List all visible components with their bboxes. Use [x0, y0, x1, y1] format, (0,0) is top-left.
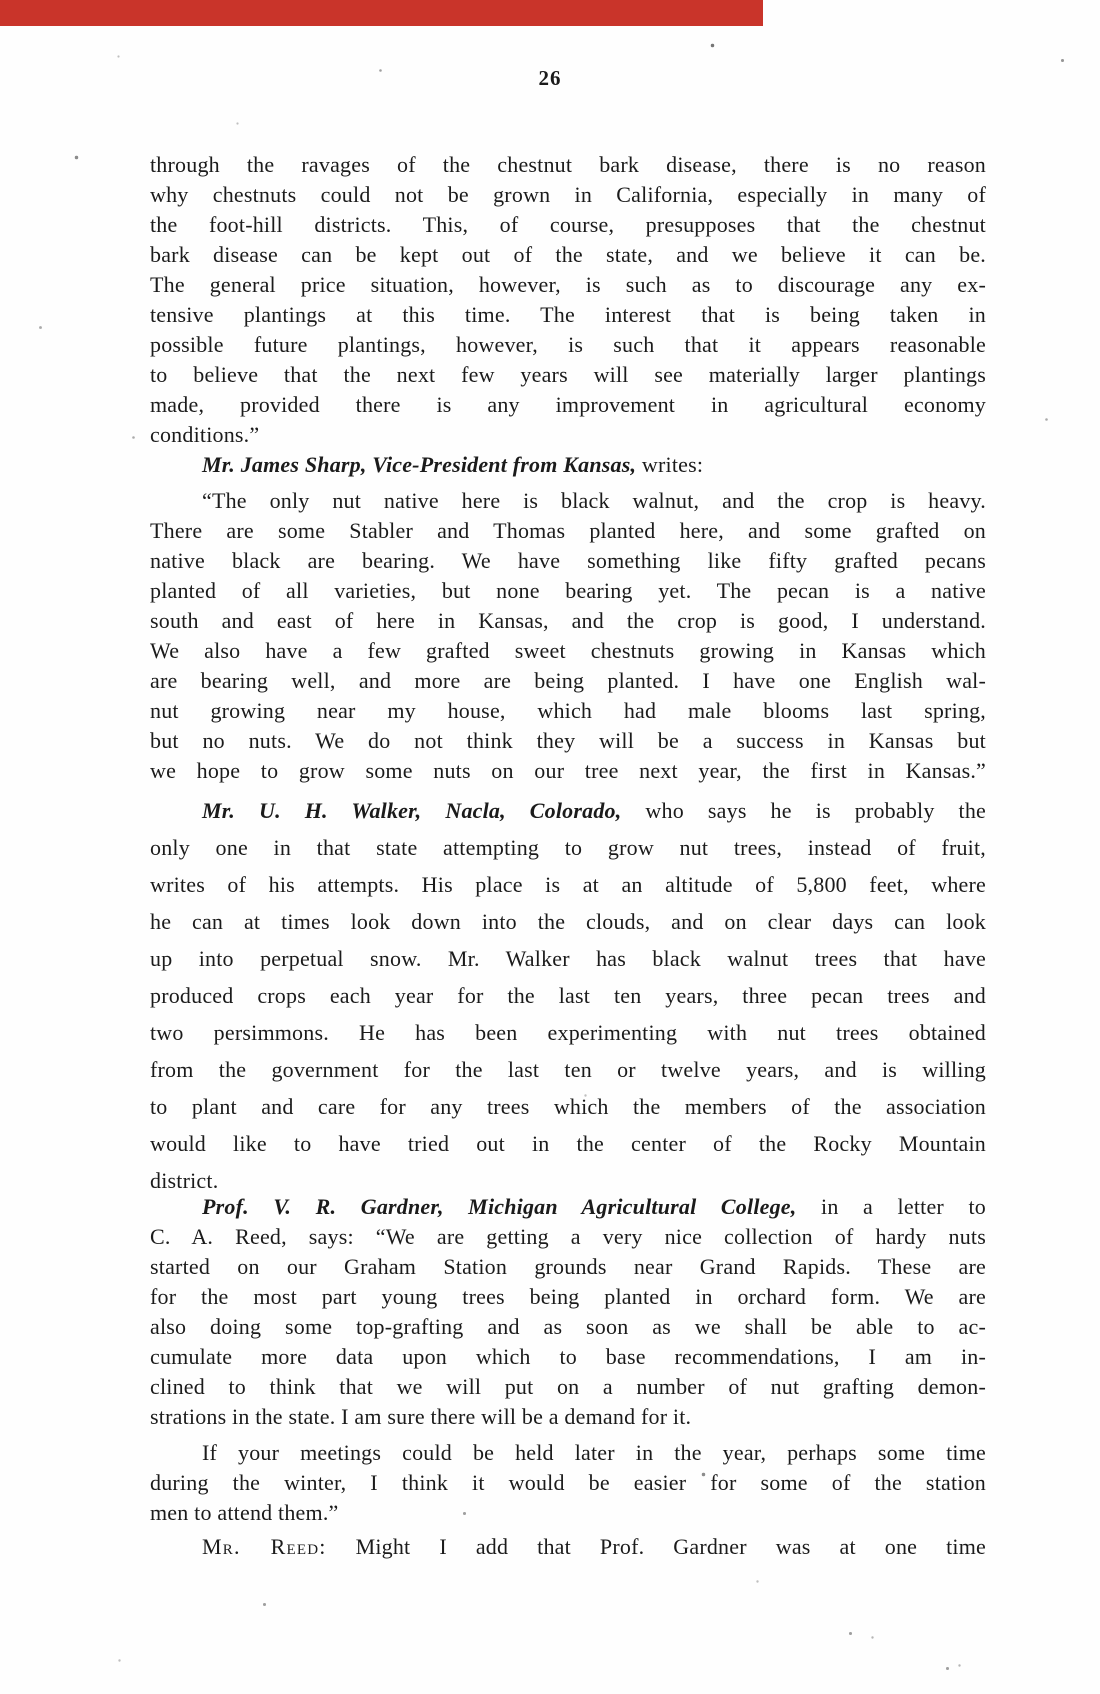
text-run: are bearing well, and more are being pla…: [150, 668, 986, 693]
speaker-smallcaps: Mr. Reed:: [202, 1534, 327, 1559]
text-line: but no nuts. We do not think they will b…: [150, 726, 986, 756]
text-run: from the government for the last ten or …: [150, 1057, 986, 1082]
paragraph-gardner: Prof. V. R. Gardner, Michigan Agricultur…: [150, 1192, 986, 1432]
attribution-italic: Mr. James Sharp, Vice-President from Kan…: [202, 452, 636, 477]
text-line: C. A. Reed, says: “We are getting a very…: [150, 1222, 986, 1252]
text-line: tensive plantings at this time. The inte…: [150, 300, 986, 330]
text-run: we hope to grow some nuts on our tree ne…: [150, 758, 986, 783]
text-run: only one in that state attempting to gro…: [150, 835, 986, 860]
text-line: There are some Stabler and Thomas plante…: [150, 516, 986, 546]
scan-speckles: [0, 0, 1, 1]
text-run: made, provided there is any improvement …: [150, 392, 986, 417]
text-line: only one in that state attempting to gro…: [150, 829, 986, 866]
text-run: planted of all varieties, but none beari…: [150, 578, 986, 603]
text-line: from the government for the last ten or …: [150, 1051, 986, 1088]
text-line: strations in the state. I am sure there …: [150, 1402, 986, 1432]
text-run: C. A. Reed, says: “We are getting a very…: [150, 1224, 986, 1249]
text-line: We also have a few grafted sweet chestnu…: [150, 636, 986, 666]
text-run: why chestnuts could not be grown in Cali…: [150, 182, 986, 207]
text-line: the foot-hill districts. This, of course…: [150, 210, 986, 240]
text-run: produced crops each year for the last te…: [150, 983, 986, 1008]
paragraph-chestnut-continuation: through the ravages of the chestnut bark…: [150, 150, 986, 450]
scanned-book-page: 26 through the ravages of the chestnut b…: [0, 0, 1100, 1694]
attribution-italic: Mr. U. H. Walker, Nacla, Colorado,: [202, 798, 621, 823]
text-run: writes:: [636, 452, 703, 477]
text-run: in a letter to: [796, 1194, 986, 1219]
text-line: two persimmons. He has been experimentin…: [150, 1014, 986, 1051]
text-line: conditions.”: [150, 420, 986, 450]
text-line: writes of his attempts. His place is at …: [150, 866, 986, 903]
paragraph-meetings: If your meetings could be held later in …: [150, 1438, 986, 1528]
text-run: through the ravages of the chestnut bark…: [150, 152, 986, 177]
text-line: he can at times look down into the cloud…: [150, 903, 986, 940]
text-run: who says he is probably the: [621, 798, 986, 823]
paragraph-walker: Mr. U. H. Walker, Nacla, Colorado, who s…: [150, 792, 986, 1199]
attribution-james-sharp: Mr. James Sharp, Vice-President from Kan…: [150, 450, 986, 480]
letter-james-sharp: “The only nut native here is black walnu…: [150, 486, 986, 786]
text-run: There are some Stabler and Thomas plante…: [150, 518, 986, 543]
text-line: to plant and care for any trees which th…: [150, 1088, 986, 1125]
text-line: south and east of here in Kansas, and th…: [150, 606, 986, 636]
text-run: during the winter, I think it would be e…: [150, 1470, 986, 1495]
text-line: Mr. U. H. Walker, Nacla, Colorado, who s…: [150, 792, 986, 829]
text-line: Prof. V. R. Gardner, Michigan Agricultur…: [150, 1192, 986, 1222]
attribution-italic: Prof. V. R. Gardner, Michigan Agricultur…: [202, 1194, 796, 1219]
text-run: started on our Graham Station grounds ne…: [150, 1254, 986, 1279]
text-run: would like to have tried out in the cent…: [150, 1131, 986, 1156]
text-line: cumulate more data upon which to base re…: [150, 1342, 986, 1372]
text-run: to believe that the next few years will …: [150, 362, 986, 387]
text-run: bark disease can be kept out of the stat…: [150, 242, 986, 267]
text-line: made, provided there is any improvement …: [150, 390, 986, 420]
text-line: through the ravages of the chestnut bark…: [150, 150, 986, 180]
text-run: possible future plantings, however, is s…: [150, 332, 986, 357]
text-line: bark disease can be kept out of the stat…: [150, 240, 986, 270]
text-line: produced crops each year for the last te…: [150, 977, 986, 1014]
text-run: up into perpetual snow. Mr. Walker has b…: [150, 946, 986, 971]
text-run: conditions.”: [150, 422, 259, 447]
text-run: south and east of here in Kansas, and th…: [150, 608, 986, 633]
text-line: men to attend them.”: [150, 1498, 986, 1528]
text-run: If your meetings could be held later in …: [202, 1440, 986, 1465]
text-line: nut growing near my house, which had mal…: [150, 696, 986, 726]
text-line: for the most part young trees being plan…: [150, 1282, 986, 1312]
text-run: We also have a few grafted sweet chestnu…: [150, 638, 986, 663]
text-line: If your meetings could be held later in …: [150, 1438, 986, 1468]
text-line: up into perpetual snow. Mr. Walker has b…: [150, 940, 986, 977]
text-run: men to attend them.”: [150, 1500, 339, 1525]
text-run: strations in the state. I am sure there …: [150, 1404, 691, 1429]
text-line: clined to think that we will put on a nu…: [150, 1372, 986, 1402]
text-line: The general price situation, however, is…: [150, 270, 986, 300]
text-run: for the most part young trees being plan…: [150, 1284, 986, 1309]
text-line: we hope to grow some nuts on our tree ne…: [150, 756, 986, 786]
text-run: clined to think that we will put on a nu…: [150, 1374, 986, 1399]
text-run: he can at times look down into the cloud…: [150, 909, 986, 934]
text-line: native black are bearing. We have someth…: [150, 546, 986, 576]
text-run: but no nuts. We do not think they will b…: [150, 728, 986, 753]
text-run: The general price situation, however, is…: [150, 272, 986, 297]
text-line: would like to have tried out in the cent…: [150, 1125, 986, 1162]
text-run: tensive plantings at this time. The inte…: [150, 302, 986, 327]
text-line: “The only nut native here is black walnu…: [150, 486, 986, 516]
text-run: nut growing near my house, which had mal…: [150, 698, 986, 723]
text-run: writes of his attempts. His place is at …: [150, 872, 986, 897]
text-run: district.: [150, 1168, 218, 1193]
text-run: “The only nut native here is black walnu…: [202, 488, 986, 513]
text-line: to believe that the next few years will …: [150, 360, 986, 390]
text-line: why chestnuts could not be grown in Cali…: [150, 180, 986, 210]
text-line: Mr. James Sharp, Vice-President from Kan…: [150, 450, 986, 480]
text-line: planted of all varieties, but none beari…: [150, 576, 986, 606]
text-line: during the winter, I think it would be e…: [150, 1468, 986, 1498]
text-run: Might I add that Prof. Gardner was at on…: [327, 1534, 986, 1559]
text-run: cumulate more data upon which to base re…: [150, 1344, 986, 1369]
page-text-column: through the ravages of the chestnut bark…: [150, 0, 986, 1694]
text-line: possible future plantings, however, is s…: [150, 330, 986, 360]
text-run: native black are bearing. We have someth…: [150, 548, 986, 573]
text-run: to plant and care for any trees which th…: [150, 1094, 986, 1119]
text-line: Mr. Reed: Might I add that Prof. Gardner…: [150, 1532, 986, 1562]
text-line: are bearing well, and more are being pla…: [150, 666, 986, 696]
text-run: also doing some top-grafting and as soon…: [150, 1314, 986, 1339]
text-run: the foot-hill districts. This, of course…: [150, 212, 986, 237]
text-line: also doing some top-grafting and as soon…: [150, 1312, 986, 1342]
dialogue-mr-reed: Mr. Reed: Might I add that Prof. Gardner…: [150, 1532, 986, 1562]
text-line: started on our Graham Station grounds ne…: [150, 1252, 986, 1282]
text-run: two persimmons. He has been experimentin…: [150, 1020, 986, 1045]
